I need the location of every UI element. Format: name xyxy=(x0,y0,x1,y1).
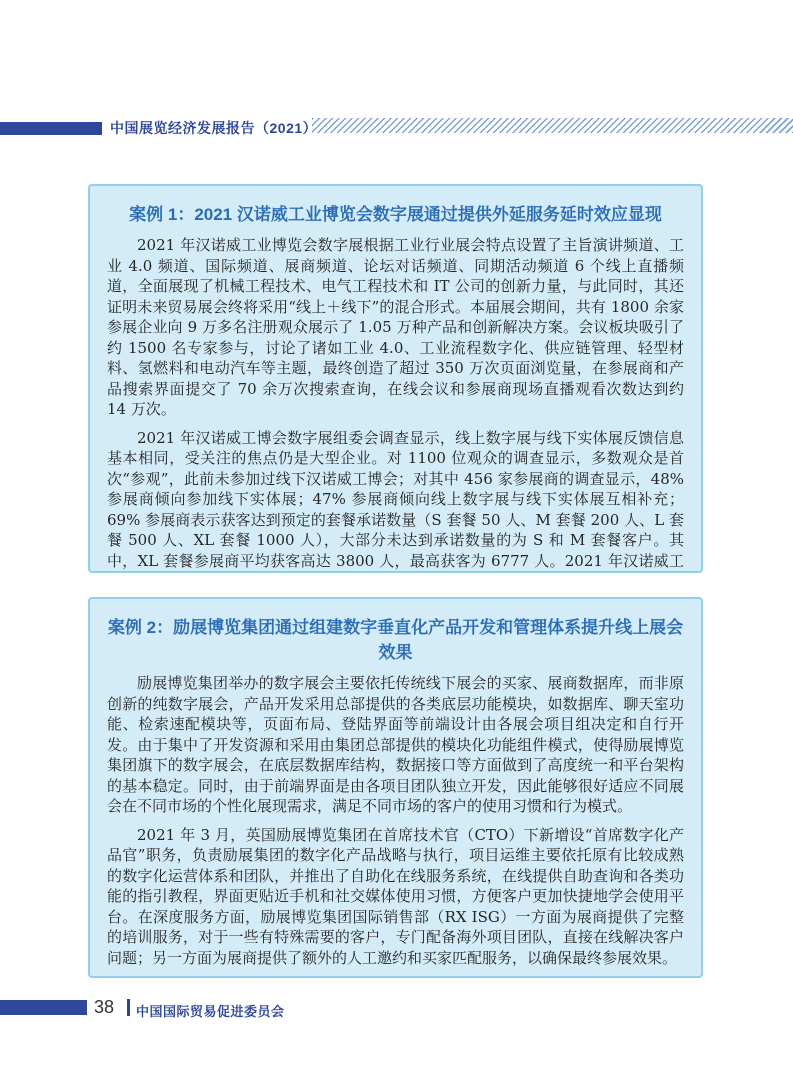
report-title: 中国展览经济发展报告（2021） xyxy=(110,119,317,137)
footer-organization: 中国国际贸易促进委员会 xyxy=(136,1001,285,1020)
page-number: 38 xyxy=(94,997,114,1018)
case-1-paragraph-1: 2021 年汉诺威工业博览会数字展根据工业行业展会特点设置了主旨演讲频道、工业 … xyxy=(107,235,684,420)
corner-bracket-icon xyxy=(691,597,703,609)
corner-bracket-icon xyxy=(691,561,703,573)
footer-divider xyxy=(127,999,130,1016)
corner-bracket-icon xyxy=(691,966,703,978)
footer-accent-bar xyxy=(0,1000,87,1015)
header-accent-bar xyxy=(0,122,102,135)
corner-bracket-icon xyxy=(88,597,100,609)
corner-bracket-icon xyxy=(88,184,100,196)
corner-bracket-icon xyxy=(88,966,100,978)
case-box-2: 案例 2：励展博览集团通过组建数字垂直化产品开发和管理体系提升线上展会效果 励展… xyxy=(88,597,703,978)
corner-bracket-icon xyxy=(88,561,100,573)
case-2-paragraph-1: 励展博览集团举办的数字展会主要依托传统线下展会的买家、展商数据库，而非原创新的纯… xyxy=(107,673,684,817)
case-2-paragraph-2: 2021 年 3 月，英国励展博览集团在首席技术官（CTO）下新增设“首席数字化… xyxy=(107,825,684,969)
case-1-title: 案例 1：2021 汉诺威工业博览会数字展通过提供外延服务延时效应显现 xyxy=(107,200,684,225)
corner-bracket-icon xyxy=(691,184,703,196)
case-box-1: 案例 1：2021 汉诺威工业博览会数字展通过提供外延服务延时效应显现 2021… xyxy=(88,184,703,573)
header-hatch-pattern xyxy=(312,118,793,133)
case-2-title: 案例 2：励展博览集团通过组建数字垂直化产品开发和管理体系提升线上展会效果 xyxy=(107,613,684,663)
case-1-paragraph-2: 2021 年汉诺威工博会数字展组委会调查显示，线上数字展与线下实体展反馈信息基本… xyxy=(107,428,684,574)
